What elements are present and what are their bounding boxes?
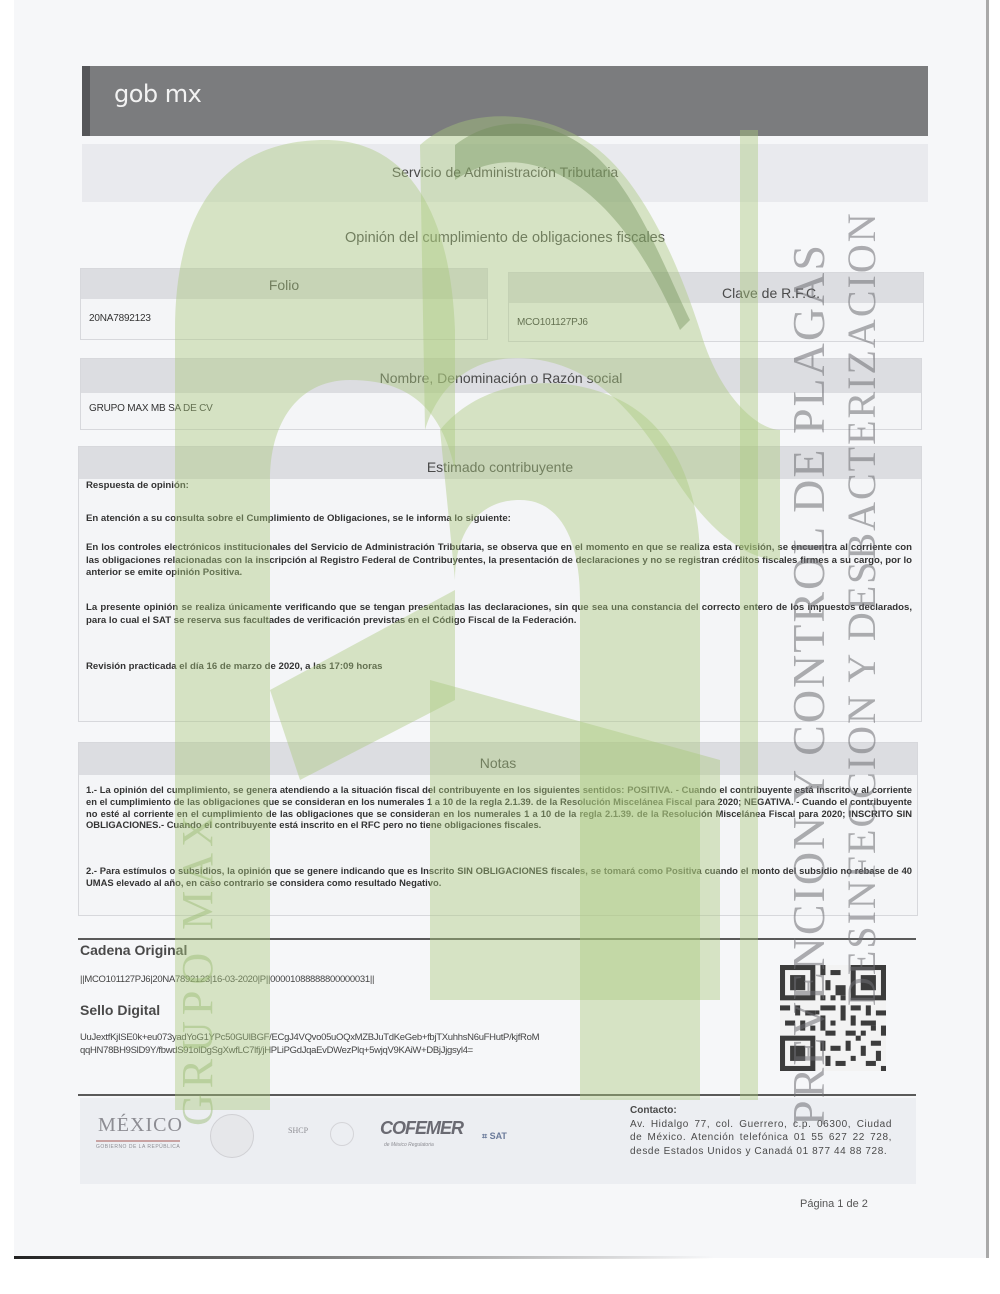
sat-logo-text: SAT (490, 1131, 507, 1141)
razon-social-value: GRUPO MAX MB SA DE CV (89, 403, 213, 414)
page-number: Página 1 de 2 (800, 1198, 868, 1210)
watermark-right-line-2: DESINFECCION Y DESBACTERIZACION (838, 211, 885, 1006)
contact-block: Contacto: Av. Hidalgo 77, col. Guerrero,… (630, 1104, 892, 1158)
shcp-logo: SHCP (288, 1126, 308, 1135)
folio-box: Folio 20NA7892123 (80, 268, 488, 340)
watermark-left: GRUPO MAX (172, 809, 223, 1126)
mexico-logo: MÉXICO (98, 1114, 183, 1137)
cofemer-logo: COFEMER (380, 1118, 463, 1139)
gob-mx-header-bar: gob mx (82, 66, 928, 136)
contact-text: Av. Hidalgo 77, col. Guerrero, c.p. 0630… (630, 1119, 892, 1157)
folio-value: 20NA7892123 (89, 313, 151, 324)
sat-logo: ⌗ SAT (482, 1131, 507, 1142)
contact-label: Contacto: (630, 1105, 677, 1116)
small-seal-icon (330, 1122, 354, 1146)
watermark-right-line-1: PREVENCION Y CONTROL DE PLAGAS (782, 243, 835, 1126)
mexico-logo-subtitle: GOBIERNO DE LA REPÚBLICA (96, 1140, 180, 1150)
agency-band: Servicio de Administración Tributaria (82, 144, 928, 202)
rfc-value: MCO101127PJ6 (517, 317, 588, 328)
agency-name: Servicio de Administración Tributaria (82, 164, 928, 180)
gob-mx-logo: gob mx (114, 80, 201, 108)
cofemer-subtitle: de México Regulatoria (384, 1142, 434, 1148)
sello-digital-title: Sello Digital (80, 1002, 160, 1018)
folio-label: Folio (81, 277, 487, 293)
document-page: gob mx Servicio de Administración Tribut… (0, 0, 1000, 1294)
